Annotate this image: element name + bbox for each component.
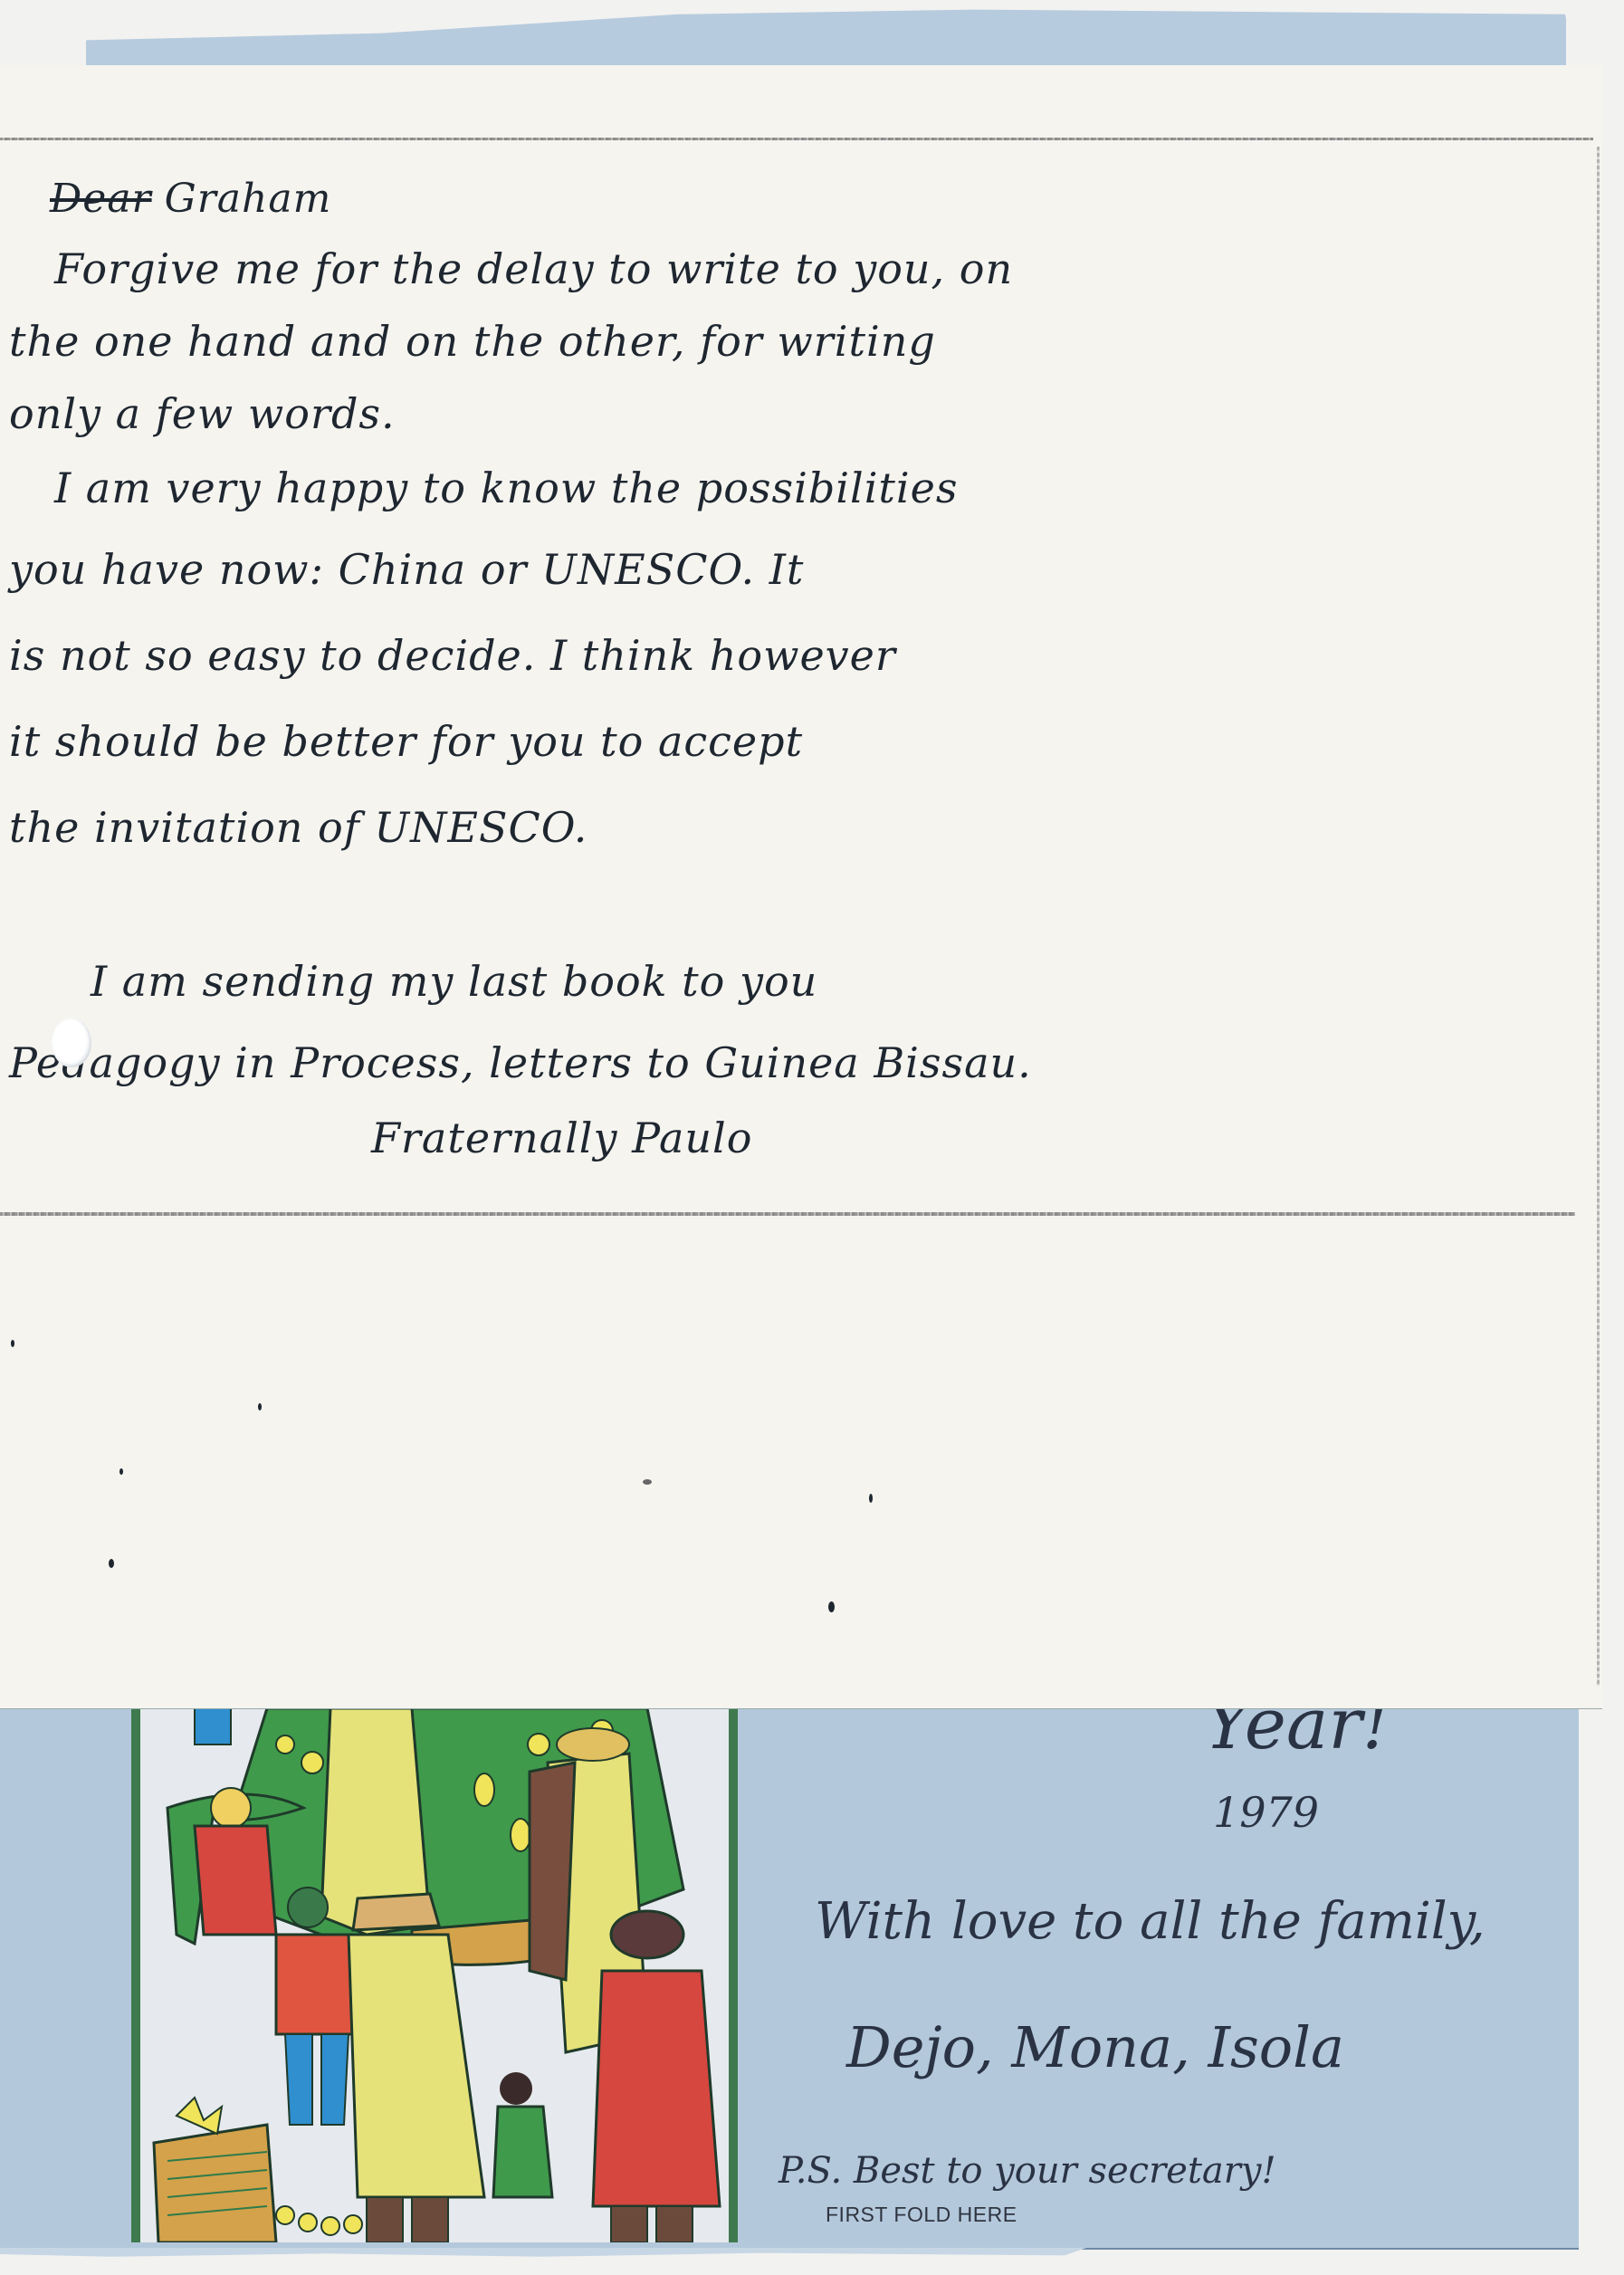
right-scan-edge xyxy=(1597,147,1600,1686)
ink-speck xyxy=(109,1559,114,1568)
ink-speck xyxy=(869,1494,873,1503)
letter-line-6: is not so easy to decide. I think howeve… xyxy=(9,631,896,680)
salutation-struck-word: Dear xyxy=(50,176,152,222)
letter-line-4: I am very happy to know the possibilitie… xyxy=(54,464,958,512)
letter-line-2: the one hand and on the other, for writi… xyxy=(9,317,936,366)
aerogramme-torn-edge xyxy=(0,2248,1086,2261)
letter-line-3: only a few words. xyxy=(9,389,396,438)
ink-speck xyxy=(11,1340,14,1347)
ink-speck xyxy=(828,1601,835,1612)
ink-speck xyxy=(643,1479,652,1485)
letter-signoff: Fraternally Paulo xyxy=(371,1114,752,1162)
christmas-scene-icon xyxy=(140,1708,729,2242)
ink-speck xyxy=(258,1403,262,1410)
card-postscript: P.S. Best to your secretary! xyxy=(779,2150,1276,2192)
salutation-name: Graham xyxy=(165,176,332,222)
letter-line-10: Pedagogy in Process, letters to Guinea B… xyxy=(9,1038,1032,1087)
ink-speck xyxy=(119,1468,123,1475)
letter-line-5: you have now: China or UNESCO. It xyxy=(9,545,804,594)
card-signatures: Dejo, Mona, Isola xyxy=(846,2014,1344,2080)
letter-line-8: the invitation of UNESCO. xyxy=(9,803,588,852)
lower-sheet-edge xyxy=(0,1212,1575,1216)
card-closing: With love to all the family, xyxy=(815,1892,1485,1951)
first-fold-label: FIRST FOLD HERE xyxy=(826,2203,1017,2227)
salutation: DearGraham xyxy=(50,176,331,222)
punch-hole xyxy=(52,1018,91,1067)
letter-line-1: Forgive me for the delay to write to you… xyxy=(54,244,1013,293)
top-scan-edge xyxy=(0,138,1593,140)
handwritten-letter: DearGraham Forgive me for the delay to w… xyxy=(0,65,1602,1708)
card-year: 1979 xyxy=(1213,1788,1319,1837)
christmas-illustration xyxy=(131,1708,738,2242)
letter-line-7: it should be better for you to accept xyxy=(9,717,803,766)
letter-line-9: I am sending my last book to you xyxy=(91,957,817,1006)
